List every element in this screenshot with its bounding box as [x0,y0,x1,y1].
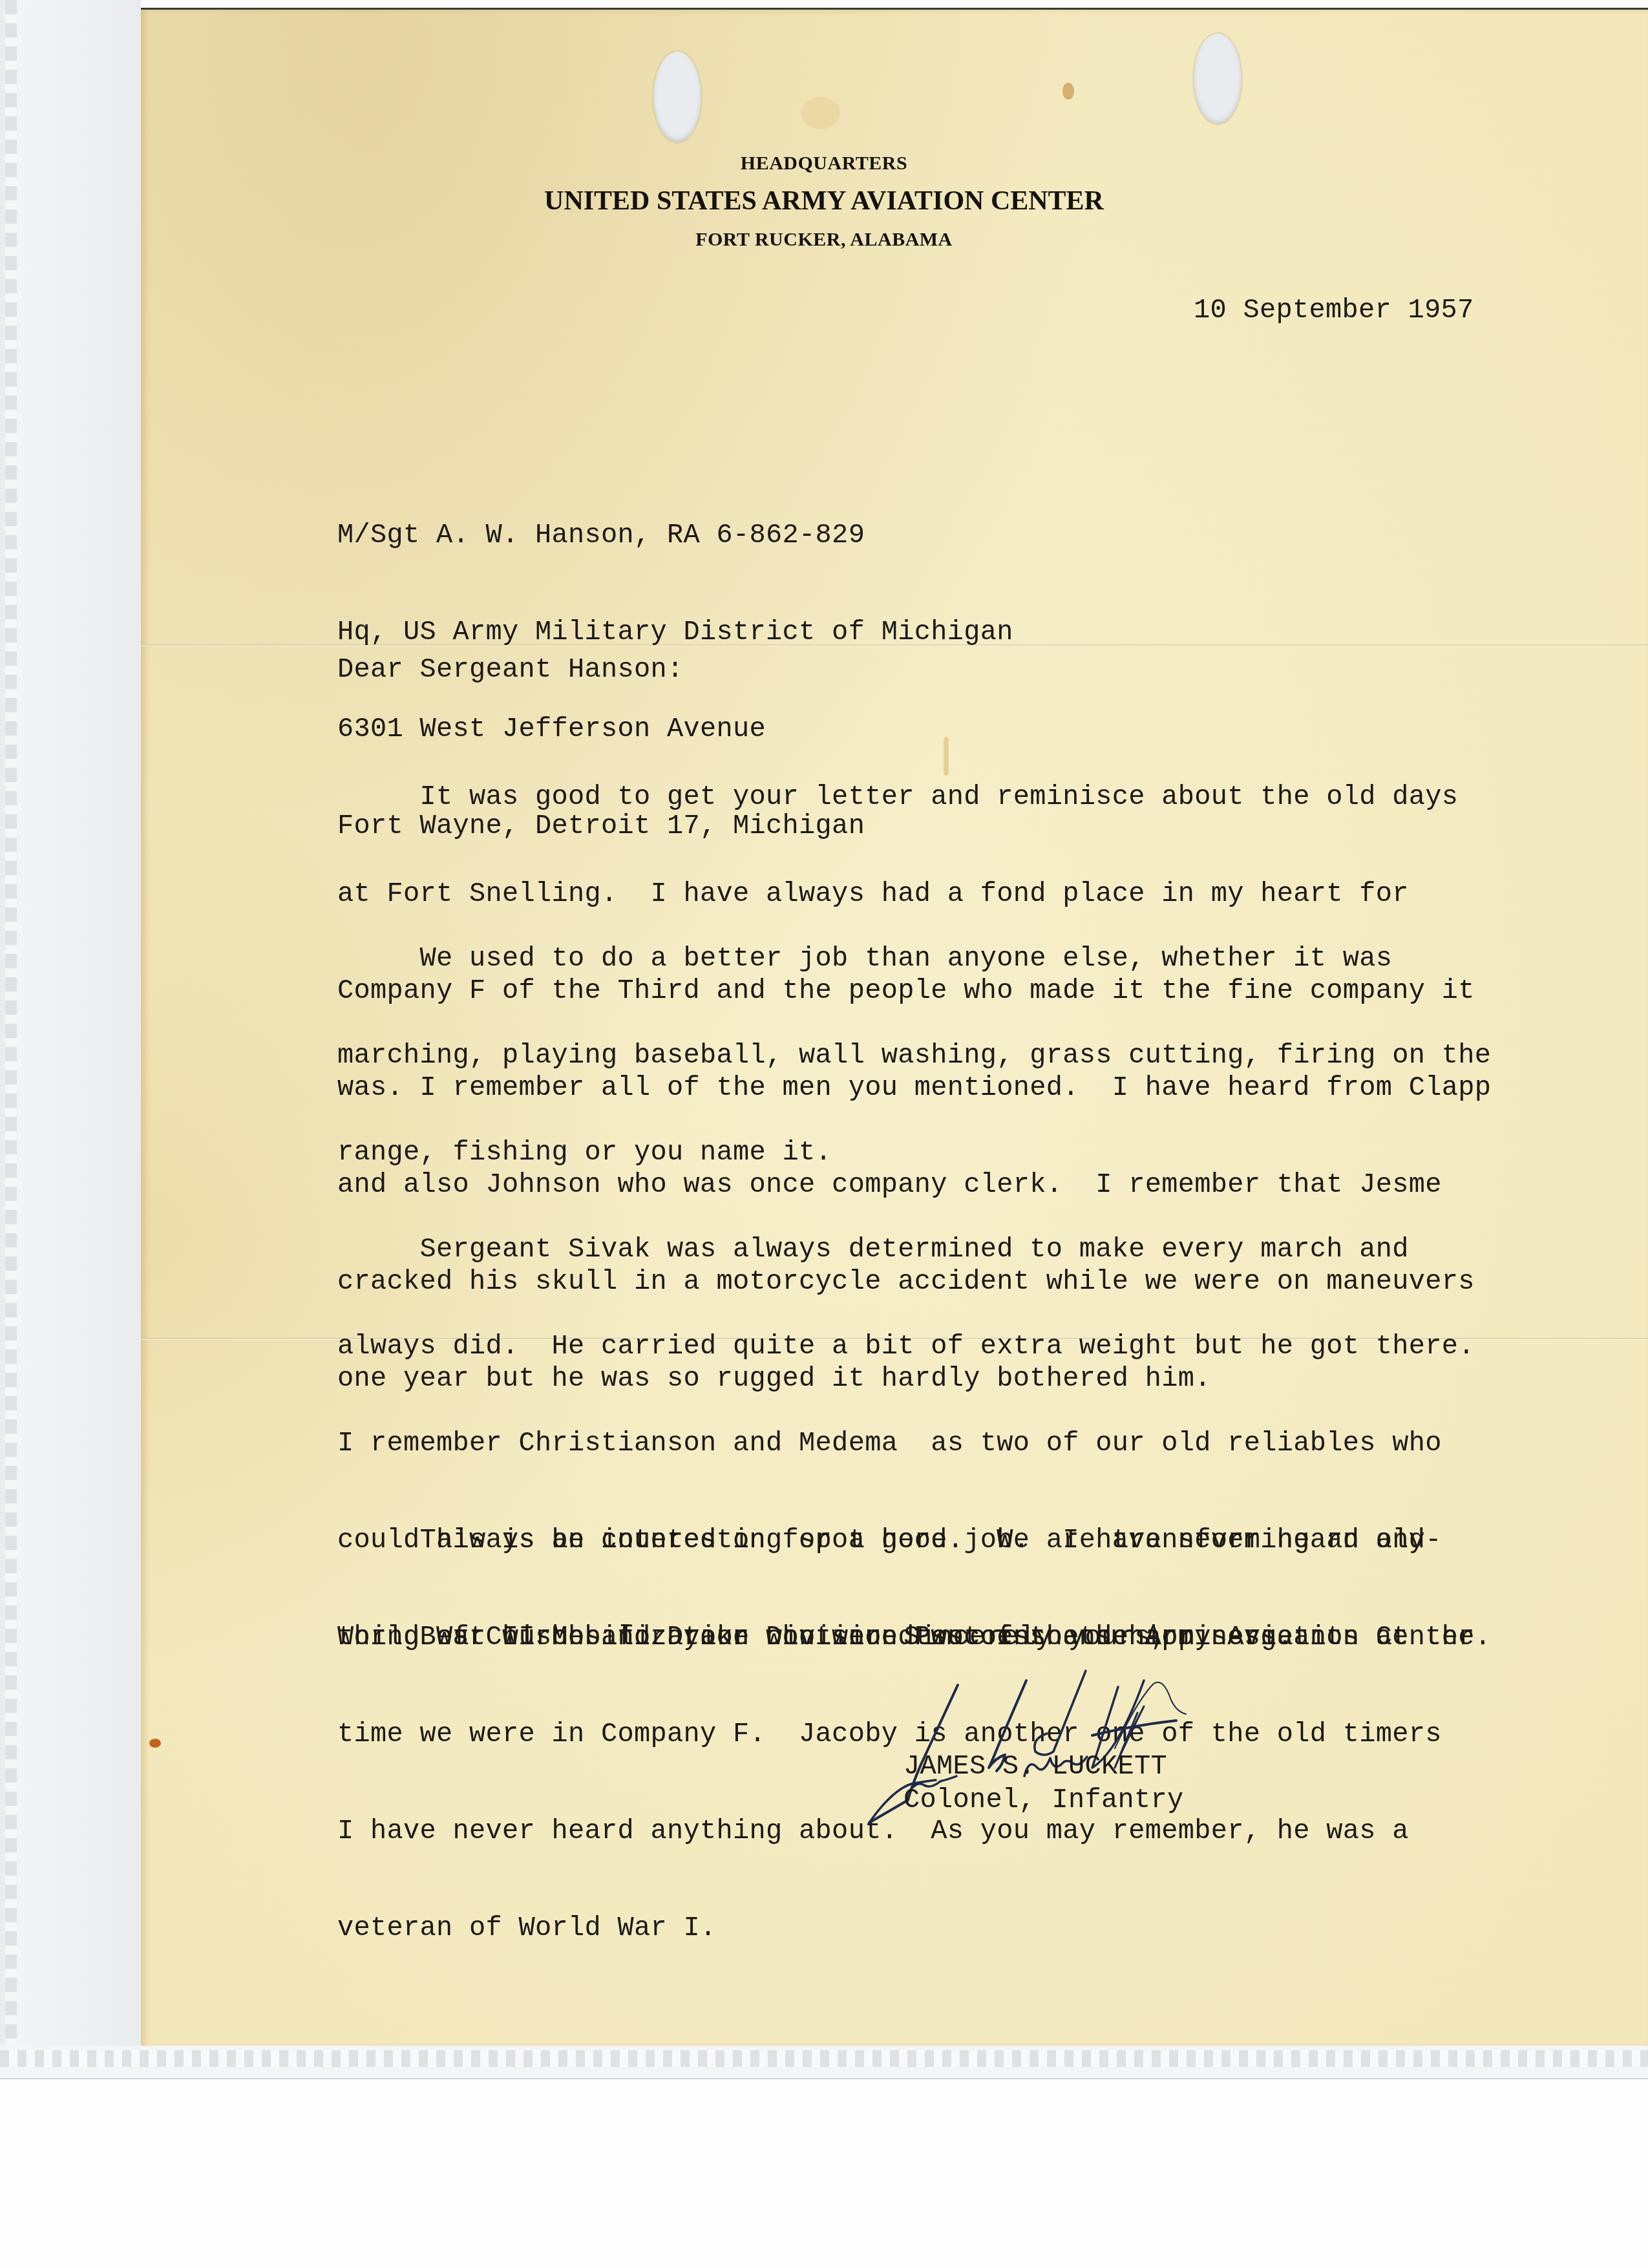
salutation: Dear Sergeant Hanson: [337,653,684,686]
sheet-protector-bottom-perforation [0,2050,1648,2067]
recipient-name: M/Sgt A. W. Hanson, RA 6-862-829 [337,519,1013,551]
letter-date: 10 September 1957 [1194,294,1474,326]
signatory-title: Colonel, Infantry [903,1784,1184,1816]
complimentary-close: Sincerely yours, [903,1621,1167,1653]
stain-spot [801,97,840,129]
stain-spot [1062,83,1074,100]
body-line: I remember Christianson and Medema as tw… [337,1427,1475,1459]
body-line: I remember all of the men you mentioned.… [337,1072,1491,1104]
body-line: It was good to get your letter and remin… [337,781,1475,813]
signatory-name: JAMES S. LUCKETT [903,1750,1167,1783]
letterhead-location: FORT RUCKER, ALABAMA [0,229,1648,251]
sheet-protector-perforation [5,0,17,2078]
body-line: This is an interesting spot here. We are… [337,1524,1491,1556]
body-line: We used to do a better job than anyone e… [337,942,1491,975]
body-line: Sergeant Sivak was always determined to … [337,1233,1475,1266]
body-line: always did. He carried quite a bit of ex… [337,1330,1475,1362]
punch-hole [653,52,701,142]
sheet-protector-left [0,0,141,2078]
recipient-unit: Hq, US Army Military District of Michiga… [337,616,1013,648]
punch-hole [1194,34,1241,124]
rust-spot [149,1739,161,1748]
letterhead-organization: UNITED STATES ARMY AVIATION CENTER [0,185,1648,217]
body-line: veteran of World War I. [337,1912,1475,1944]
letterhead-headquarters: HEADQUARTERS [0,153,1648,175]
